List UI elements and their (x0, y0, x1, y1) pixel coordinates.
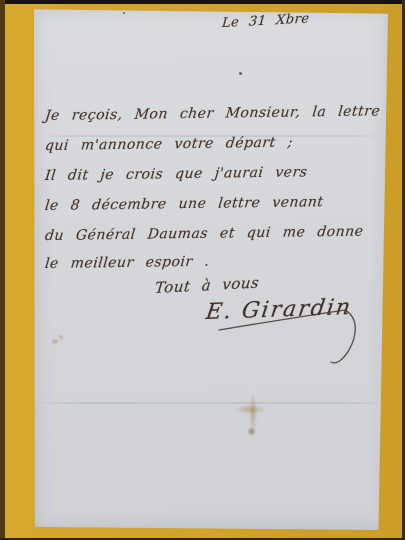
frame-edge-top (0, 0, 405, 4)
letter-body-line: du Général Daumas et qui me donne (44, 224, 364, 244)
letter-date: Le 31 Xbre (221, 11, 310, 31)
letter-photograph: Le 31 Xbre Je reçois, Mon cher Monsieur,… (0, 0, 405, 540)
signature-flourish (199, 294, 379, 379)
paper-speck (239, 72, 242, 75)
fold-line-lower (34, 402, 388, 404)
letter-body-line: Je reçois, Mon cher Monsieur, la lettre (44, 103, 381, 124)
letter-body-line: le meilleur espoir . (44, 254, 210, 272)
letter-body-line: Il dit je crois que j'aurai vers (44, 164, 308, 184)
foxing-stain (234, 405, 266, 414)
letter-body-line: le 8 décembre une lettre venant (44, 194, 324, 214)
ink-foxing-dot (247, 427, 256, 436)
paper-spot (59, 335, 63, 339)
frame-edge-left (0, 0, 5, 540)
letter-body-line: qui m'annonce votre départ ; (44, 135, 294, 154)
letter-paper: Le 31 Xbre Je reçois, Mon cher Monsieur,… (34, 8, 388, 530)
paper-speck (123, 12, 125, 14)
paper-spot (52, 339, 58, 344)
